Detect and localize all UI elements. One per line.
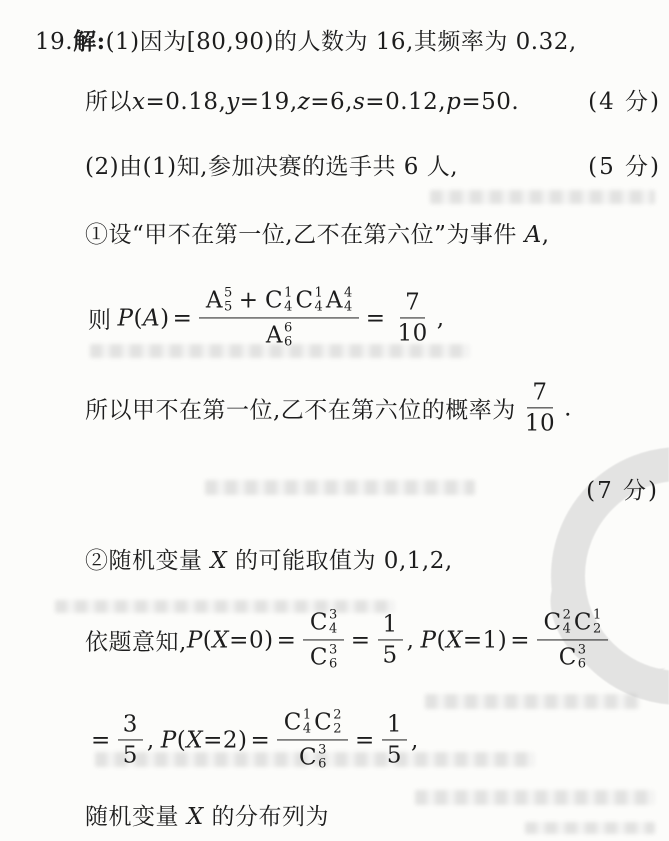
subscript: 4: [284, 300, 292, 314]
var-X: X: [212, 627, 229, 653]
subscript: 6: [318, 758, 326, 772]
bleed-through: [425, 694, 640, 709]
var-p: p: [446, 88, 461, 117]
bleed-through: [415, 790, 655, 805]
fraction: C34 C36: [303, 608, 343, 671]
superscript: 1: [303, 708, 311, 722]
equals-sign: =: [88, 727, 114, 753]
equals-sign: =: [170, 305, 196, 331]
comma: ,: [411, 727, 419, 753]
score-mark-5: (5 分): [588, 153, 661, 182]
comma: ,: [437, 305, 445, 331]
subscript: 5: [224, 300, 232, 314]
fraction-numerator: C34: [303, 608, 343, 640]
period: .: [564, 395, 572, 421]
superscript: 3: [329, 608, 337, 622]
paren-open: (: [436, 627, 445, 653]
line-4: ①设“甲不在第一位,乙不在第六位”为事件 A,: [85, 221, 550, 250]
prob-func: P: [112, 305, 134, 331]
paren-close: ): [160, 305, 169, 331]
perm-symbol: A44: [326, 286, 352, 314]
line-8: ②随机变量 X 的可能取值为 0,1,2,: [85, 547, 453, 576]
paren-open: (: [203, 627, 212, 653]
superscript: 1: [284, 286, 292, 300]
comb-symbol: C34: [310, 608, 337, 636]
equals-sign: =: [352, 727, 378, 753]
formula-PA: 则 P ( A ) = A55 + C14 C14 A44 A66 = 7 10…: [88, 286, 445, 349]
perm-symbol: A66: [266, 322, 292, 350]
line-6: 所以甲不在第一位,乙不在第六位的概率为 7 10 .: [85, 380, 572, 435]
solution-document: 19.解:(1)因为[80,90)的人数为 16,其频率为 0.32, 所以 x…: [0, 0, 669, 841]
subscript: 6: [329, 658, 337, 672]
equals-sign: =: [363, 305, 389, 331]
subscript: 4: [563, 622, 571, 636]
line-11-lead: 随机变量: [85, 804, 187, 830]
value: =19,: [240, 88, 298, 117]
fraction-7-10: 7 10: [393, 290, 433, 345]
problem-number: 19.: [35, 29, 73, 55]
fraction: C14 C22 C36: [277, 708, 348, 771]
comb-symbol: C12: [574, 608, 601, 636]
line-4-tail: ,: [542, 222, 550, 248]
superscript: 1: [593, 608, 601, 622]
comb-symbol: C36: [559, 644, 586, 672]
equals-sign: =: [203, 727, 223, 753]
equals-sign: =: [348, 627, 374, 653]
var-A: A: [525, 222, 542, 248]
prob-func: P: [187, 627, 203, 653]
var-z: z: [298, 88, 311, 117]
subscript: 4: [315, 300, 323, 314]
line-3: (2)由(1)知,参加决赛的选手共 6 人, (5 分): [85, 153, 661, 182]
fraction-numerator: A55 + C14 C14 A44: [199, 286, 358, 318]
fraction: A55 + C14 C14 A44 A66: [199, 286, 358, 349]
comb-symbol: C24: [544, 608, 571, 636]
equals-sign: =: [274, 627, 300, 653]
var-x: x: [132, 88, 145, 117]
formula-PX2: = 3 5 , P ( X = 2 ) = C14 C22 C36 = 1 5 …: [88, 708, 419, 771]
superscript: 6: [284, 322, 292, 336]
line-6-text: 所以甲不在第一位,乙不在第六位的概率为: [85, 392, 516, 425]
line-2-lead: 所以: [85, 88, 132, 117]
value-0: 0: [249, 627, 264, 653]
subscript: 4: [329, 622, 337, 636]
plus-sign: +: [234, 288, 264, 312]
line-2: 所以 x=0.18, y=19, z=6, s=0.12, p=50. (4 分…: [85, 88, 661, 117]
comb-symbol: C14: [284, 708, 311, 736]
paren-open: (: [133, 305, 142, 331]
var-X: X: [210, 548, 227, 574]
var-s: s: [353, 88, 365, 117]
prob-func: P: [414, 627, 436, 653]
bleed-through: [430, 190, 655, 204]
superscript: 4: [344, 286, 352, 300]
prob-func: P: [155, 727, 177, 753]
value: =0.12,: [365, 88, 446, 117]
subscript: 2: [593, 622, 601, 636]
line-8-tail: 的可能取值为 0,1,2,: [227, 548, 452, 574]
line-1-text: (1)因为[80,90)的人数为 16,其频率为 0.32,: [106, 29, 577, 55]
formula-PX0-PX1: 依题意知, P ( X = 0 ) = C34 C36 = 1 5 , P ( …: [85, 608, 612, 671]
bleed-through: [525, 822, 655, 834]
comma: ,: [407, 627, 415, 653]
paren-close: ): [498, 627, 507, 653]
comb-symbol: C14: [295, 286, 322, 314]
score-mark-7: (7 分): [586, 477, 659, 506]
line-9-lead: 依题意知,: [85, 624, 187, 657]
fraction-3-5: 3 5: [118, 712, 143, 767]
line-11: 随机变量 X 的分布列为: [85, 803, 329, 832]
equals-sign: =: [507, 627, 533, 653]
line-1: 19.解:(1)因为[80,90)的人数为 16,其频率为 0.32,: [35, 28, 577, 57]
fraction-7-10: 7 10: [520, 380, 560, 435]
comb-symbol: C22: [314, 708, 341, 736]
subscript: 2: [333, 722, 341, 736]
equals-sign: =: [247, 727, 273, 753]
line-8-lead: ②随机变量: [85, 548, 210, 574]
fraction-numerator: C14 C22: [277, 708, 348, 740]
fraction-denominator: C36: [303, 641, 343, 672]
bleed-through: [205, 480, 475, 495]
comma: ,: [147, 727, 155, 753]
superscript: 3: [578, 644, 586, 658]
equals-sign: =: [229, 627, 249, 653]
fraction-numerator: C24 C12: [537, 608, 608, 640]
line-11-tail: 的分布列为: [204, 804, 329, 830]
superscript: 2: [563, 608, 571, 622]
comb-symbol: C36: [310, 644, 337, 672]
fraction-denominator: C36: [292, 741, 332, 772]
value: =0.18,: [145, 88, 226, 117]
fraction: C24 C12 C36: [537, 608, 608, 671]
superscript: 1: [315, 286, 323, 300]
superscript: 5: [224, 286, 232, 300]
value: =6,: [310, 88, 353, 117]
comb-symbol: C36: [299, 744, 326, 772]
paren-open: (: [177, 727, 186, 753]
superscript: 2: [333, 708, 341, 722]
line-4-text: ①设“甲不在第一位,乙不在第六位”为事件: [85, 222, 525, 248]
fraction-denominator: C36: [552, 641, 592, 672]
value-1: 1: [483, 627, 498, 653]
fraction-1-5: 1 5: [378, 612, 403, 667]
paren-close: ): [264, 627, 273, 653]
score-mark-4: (4 分): [588, 88, 661, 117]
fraction-1-5: 1 5: [382, 712, 407, 767]
subscript: 4: [344, 300, 352, 314]
subscript: 6: [284, 336, 292, 350]
paren-close: ): [238, 727, 247, 753]
formula-lead: 则: [88, 302, 112, 335]
subscript: 4: [303, 722, 311, 736]
var-X: X: [187, 804, 204, 830]
event-var: A: [143, 305, 160, 331]
fraction-denominator: A66: [259, 319, 298, 350]
solve-label: 解:: [73, 28, 106, 55]
value: =50.: [461, 88, 519, 117]
superscript: 3: [329, 644, 337, 658]
value-2: 2: [223, 727, 238, 753]
var-X: X: [446, 627, 463, 653]
line-3-text: (2)由(1)知,参加决赛的选手共 6 人,: [85, 153, 458, 182]
comb-symbol: C14: [265, 286, 292, 314]
superscript: 3: [318, 744, 326, 758]
var-y: y: [226, 88, 240, 117]
var-X: X: [186, 727, 203, 753]
perm-symbol: A55: [206, 286, 232, 314]
watermark-swirl: [498, 428, 669, 718]
equals-sign: =: [463, 627, 483, 653]
subscript: 6: [578, 658, 586, 672]
